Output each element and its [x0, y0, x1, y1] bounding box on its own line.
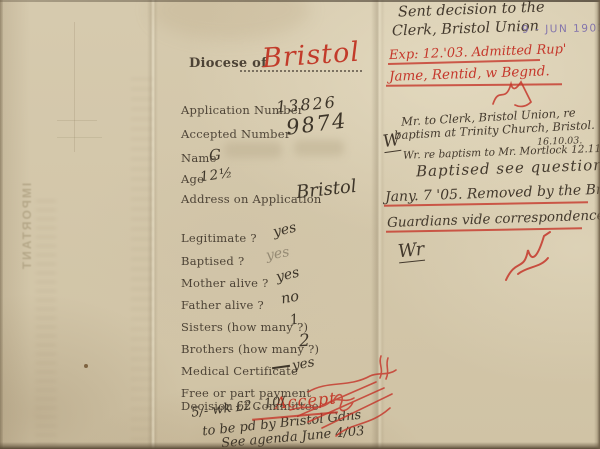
bleed-through-text-column: [36, 200, 56, 445]
ink-spot-stain: [84, 364, 88, 368]
paper-stain: [150, 0, 310, 40]
field-value-age: 12½: [199, 165, 234, 185]
field-label-mother-alive: Mother alive ?: [181, 276, 269, 290]
field-value-brothers: 2: [298, 331, 310, 352]
clerk-initials: W: [382, 130, 402, 153]
red-initials-flourish: [487, 78, 542, 110]
field-value-father-alive: no: [280, 289, 301, 308]
field-value-mother-alive: yes: [275, 265, 301, 286]
margin-note: Sent decision to the: [398, 0, 545, 21]
field-label-accepted-number: Accepted Number: [181, 127, 291, 141]
clerk-initials: Wr: [397, 239, 425, 264]
bleed-through-text-column: [131, 70, 153, 440]
paper-edge-right: [594, 0, 600, 449]
field-label-legitimate: Legitimate ?: [181, 231, 257, 245]
bleed-through-watermark: IMPORTANT: [20, 172, 34, 282]
diocese-label: Diocese of: [189, 56, 267, 71]
name-redaction-blur: [294, 140, 344, 156]
bleed-through-rule: [74, 22, 75, 152]
field-value-legitimate: yes: [272, 220, 298, 241]
fold-crease-left: [147, 0, 158, 449]
field-label-baptised: Baptised ?: [181, 254, 244, 268]
bleed-through-rule: [57, 137, 102, 138]
field-value-address: Bristol: [295, 176, 358, 203]
field-label-sisters: Sisters (how many ?): [181, 320, 308, 334]
paper-edge-left: [0, 0, 3, 449]
red-ink-scribble: [278, 352, 408, 444]
bleed-through-rule: [57, 120, 97, 121]
scanned-application-form: IMPORTANT Diocese of Bristol Application…: [0, 0, 600, 449]
diocese-value-handwriting: Bristol: [261, 37, 361, 75]
red-initials-flourish: [498, 228, 558, 290]
field-value-baptised: yes: [265, 244, 291, 264]
field-label-father-alive: Father alive ?: [181, 298, 264, 312]
field-value-sisters: 1: [289, 311, 301, 328]
margin-note: Clerk, Bristol Union: [392, 18, 539, 39]
field-value-name: G: [208, 146, 221, 165]
date-stamp: 9 - JUN 1903: [522, 22, 600, 35]
name-redaction-blur: [224, 142, 282, 158]
